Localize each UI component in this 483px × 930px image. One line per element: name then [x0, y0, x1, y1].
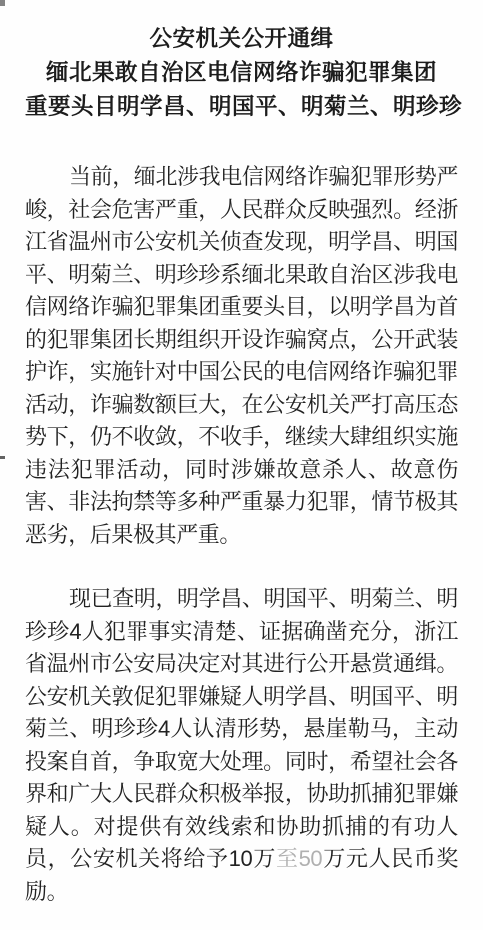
wanted-notice-document: 公安机关公开通缉 缅北果敢自治区电信网络诈骗犯罪集团 重要头目明学昌、明国平、明… [0, 0, 483, 930]
notice-paragraph-2: 现已查明，明学昌、明国平、明菊兰、明珍珍4人犯罪事实清楚、证据确凿充分，浙江省温… [25, 583, 458, 908]
notice-title: 公安机关公开通缉 缅北果敢自治区电信网络诈骗犯罪集团 重要头目明学昌、明国平、明… [25, 22, 458, 124]
notice-title-line-2: 缅北果敢自治区电信网络诈骗犯罪集团 [25, 56, 458, 90]
notice-paragraph-2-faded-text: 至50 [276, 846, 322, 871]
notice-paragraph-1: 当前，缅北涉我电信网络诈骗犯罪形势严峻，社会危害严重，人民群众反映强烈。经浙江省… [25, 161, 458, 551]
notice-title-line-1: 公安机关公开通缉 [25, 22, 458, 56]
scan-artifact-left-edge [0, 456, 5, 459]
notice-paragraph-2-text: 现已查明，明学昌、明国平、明菊兰、明珍珍4人犯罪事实清楚、证据确凿充分，浙江省温… [25, 586, 458, 871]
notice-title-line-3: 重要头目明学昌、明国平、明菊兰、明珍珍 [25, 90, 458, 124]
scan-artifact-corner [0, 0, 5, 6]
